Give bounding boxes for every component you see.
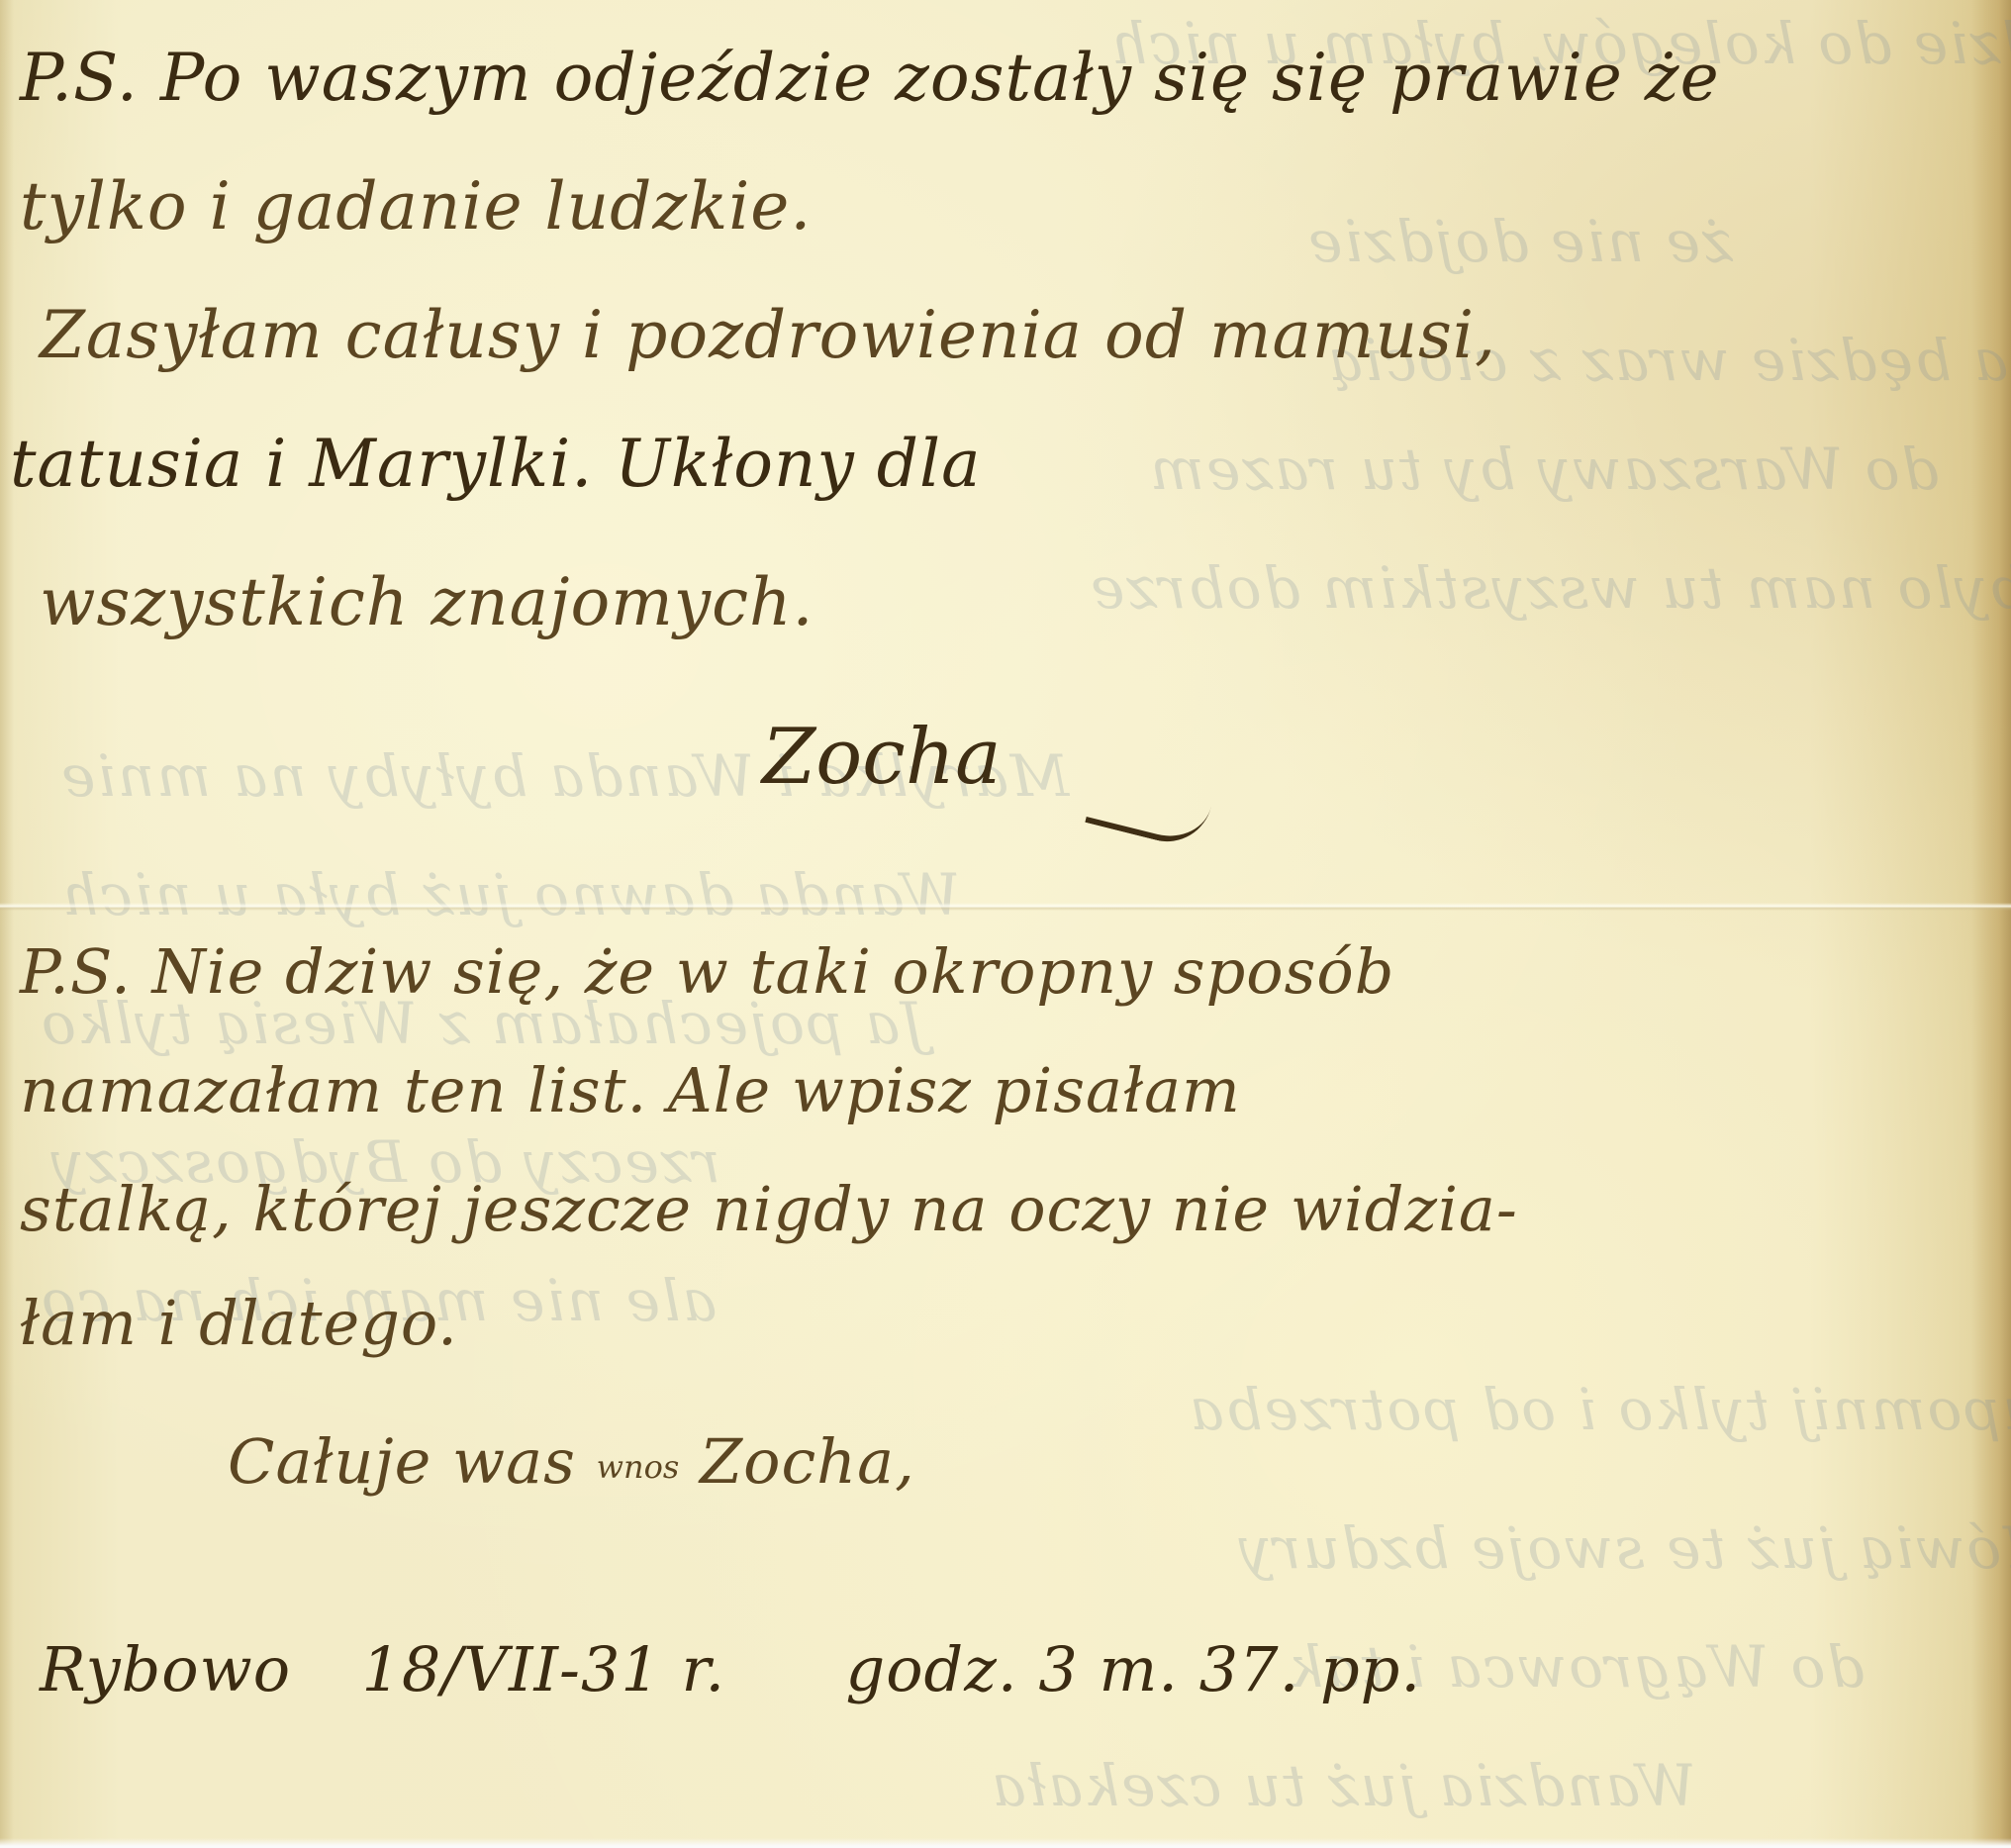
greetings-line-1: Zasyłam całusy i pozdrowienia od mamusi, bbox=[40, 297, 1496, 373]
signature-1: Zocha bbox=[762, 713, 1002, 802]
bleed-through-line: Wandzia już tu czekała bbox=[990, 1752, 1696, 1819]
postscript-1-line-2: tylko i gadanie ludzkie. bbox=[20, 168, 812, 244]
closing-signature: Zocha bbox=[700, 1425, 895, 1498]
postscript-2-line-2: namazałam ten list. Ale wpisz pisałam bbox=[20, 1054, 1241, 1126]
greetings-line-3: wszystkich znajomych. bbox=[40, 564, 814, 640]
postscript-2-line-1: P.S. Nie dziw się, że w taki okropny spo… bbox=[20, 935, 1394, 1008]
closing-text: Całuje was bbox=[228, 1425, 576, 1498]
postscript-2-line-3: stalką, której jeszcze nigdy na oczy nie… bbox=[20, 1173, 1518, 1245]
bleed-through-line: Wanda dawno już była u nich bbox=[59, 861, 960, 928]
closing-trailing: , bbox=[895, 1425, 915, 1498]
bleed-through-line: do Warszawy by tu razem bbox=[1148, 436, 1939, 503]
signature-flourish bbox=[1085, 778, 1211, 851]
fold-crease bbox=[0, 903, 2011, 911]
dateline-date: 18/VII-31 r. bbox=[361, 1633, 725, 1705]
closing-insert: wnos bbox=[597, 1448, 680, 1486]
bleed-through-line: że nie dojdzie bbox=[1306, 208, 1733, 275]
bleed-through-line: zapomnij tylko i od potrzeba bbox=[1188, 1376, 2011, 1443]
postscript-2-line-4: łam i dlatego. bbox=[20, 1287, 458, 1359]
bleed-through-line: Mówią już te swoje bzdury bbox=[1237, 1514, 2011, 1582]
bleed-through-line: bylo nam tu wszystkim dobrze bbox=[1089, 554, 2011, 622]
closing-line: Całuje was wnos Zocha, bbox=[228, 1425, 915, 1498]
greetings-line-2: tatusia i Marylki. Ukłony dla bbox=[10, 426, 981, 502]
dateline-time: godz. 3 m. 37. pp. bbox=[846, 1633, 1422, 1705]
dateline-place: Rybowo bbox=[40, 1633, 291, 1705]
paper-left-edge bbox=[0, 0, 14, 1848]
paper-bottom-edge bbox=[0, 1838, 2011, 1848]
dateline: Rybowo 18/VII-31 r. godz. 3 m. 37. pp. bbox=[40, 1633, 1421, 1705]
postscript-1-line-1: P.S. Po waszym odjeździe zostały się się… bbox=[20, 40, 1720, 116]
letter-page: Idzie do kolegów, byłam u nich że nie do… bbox=[0, 0, 2011, 1848]
